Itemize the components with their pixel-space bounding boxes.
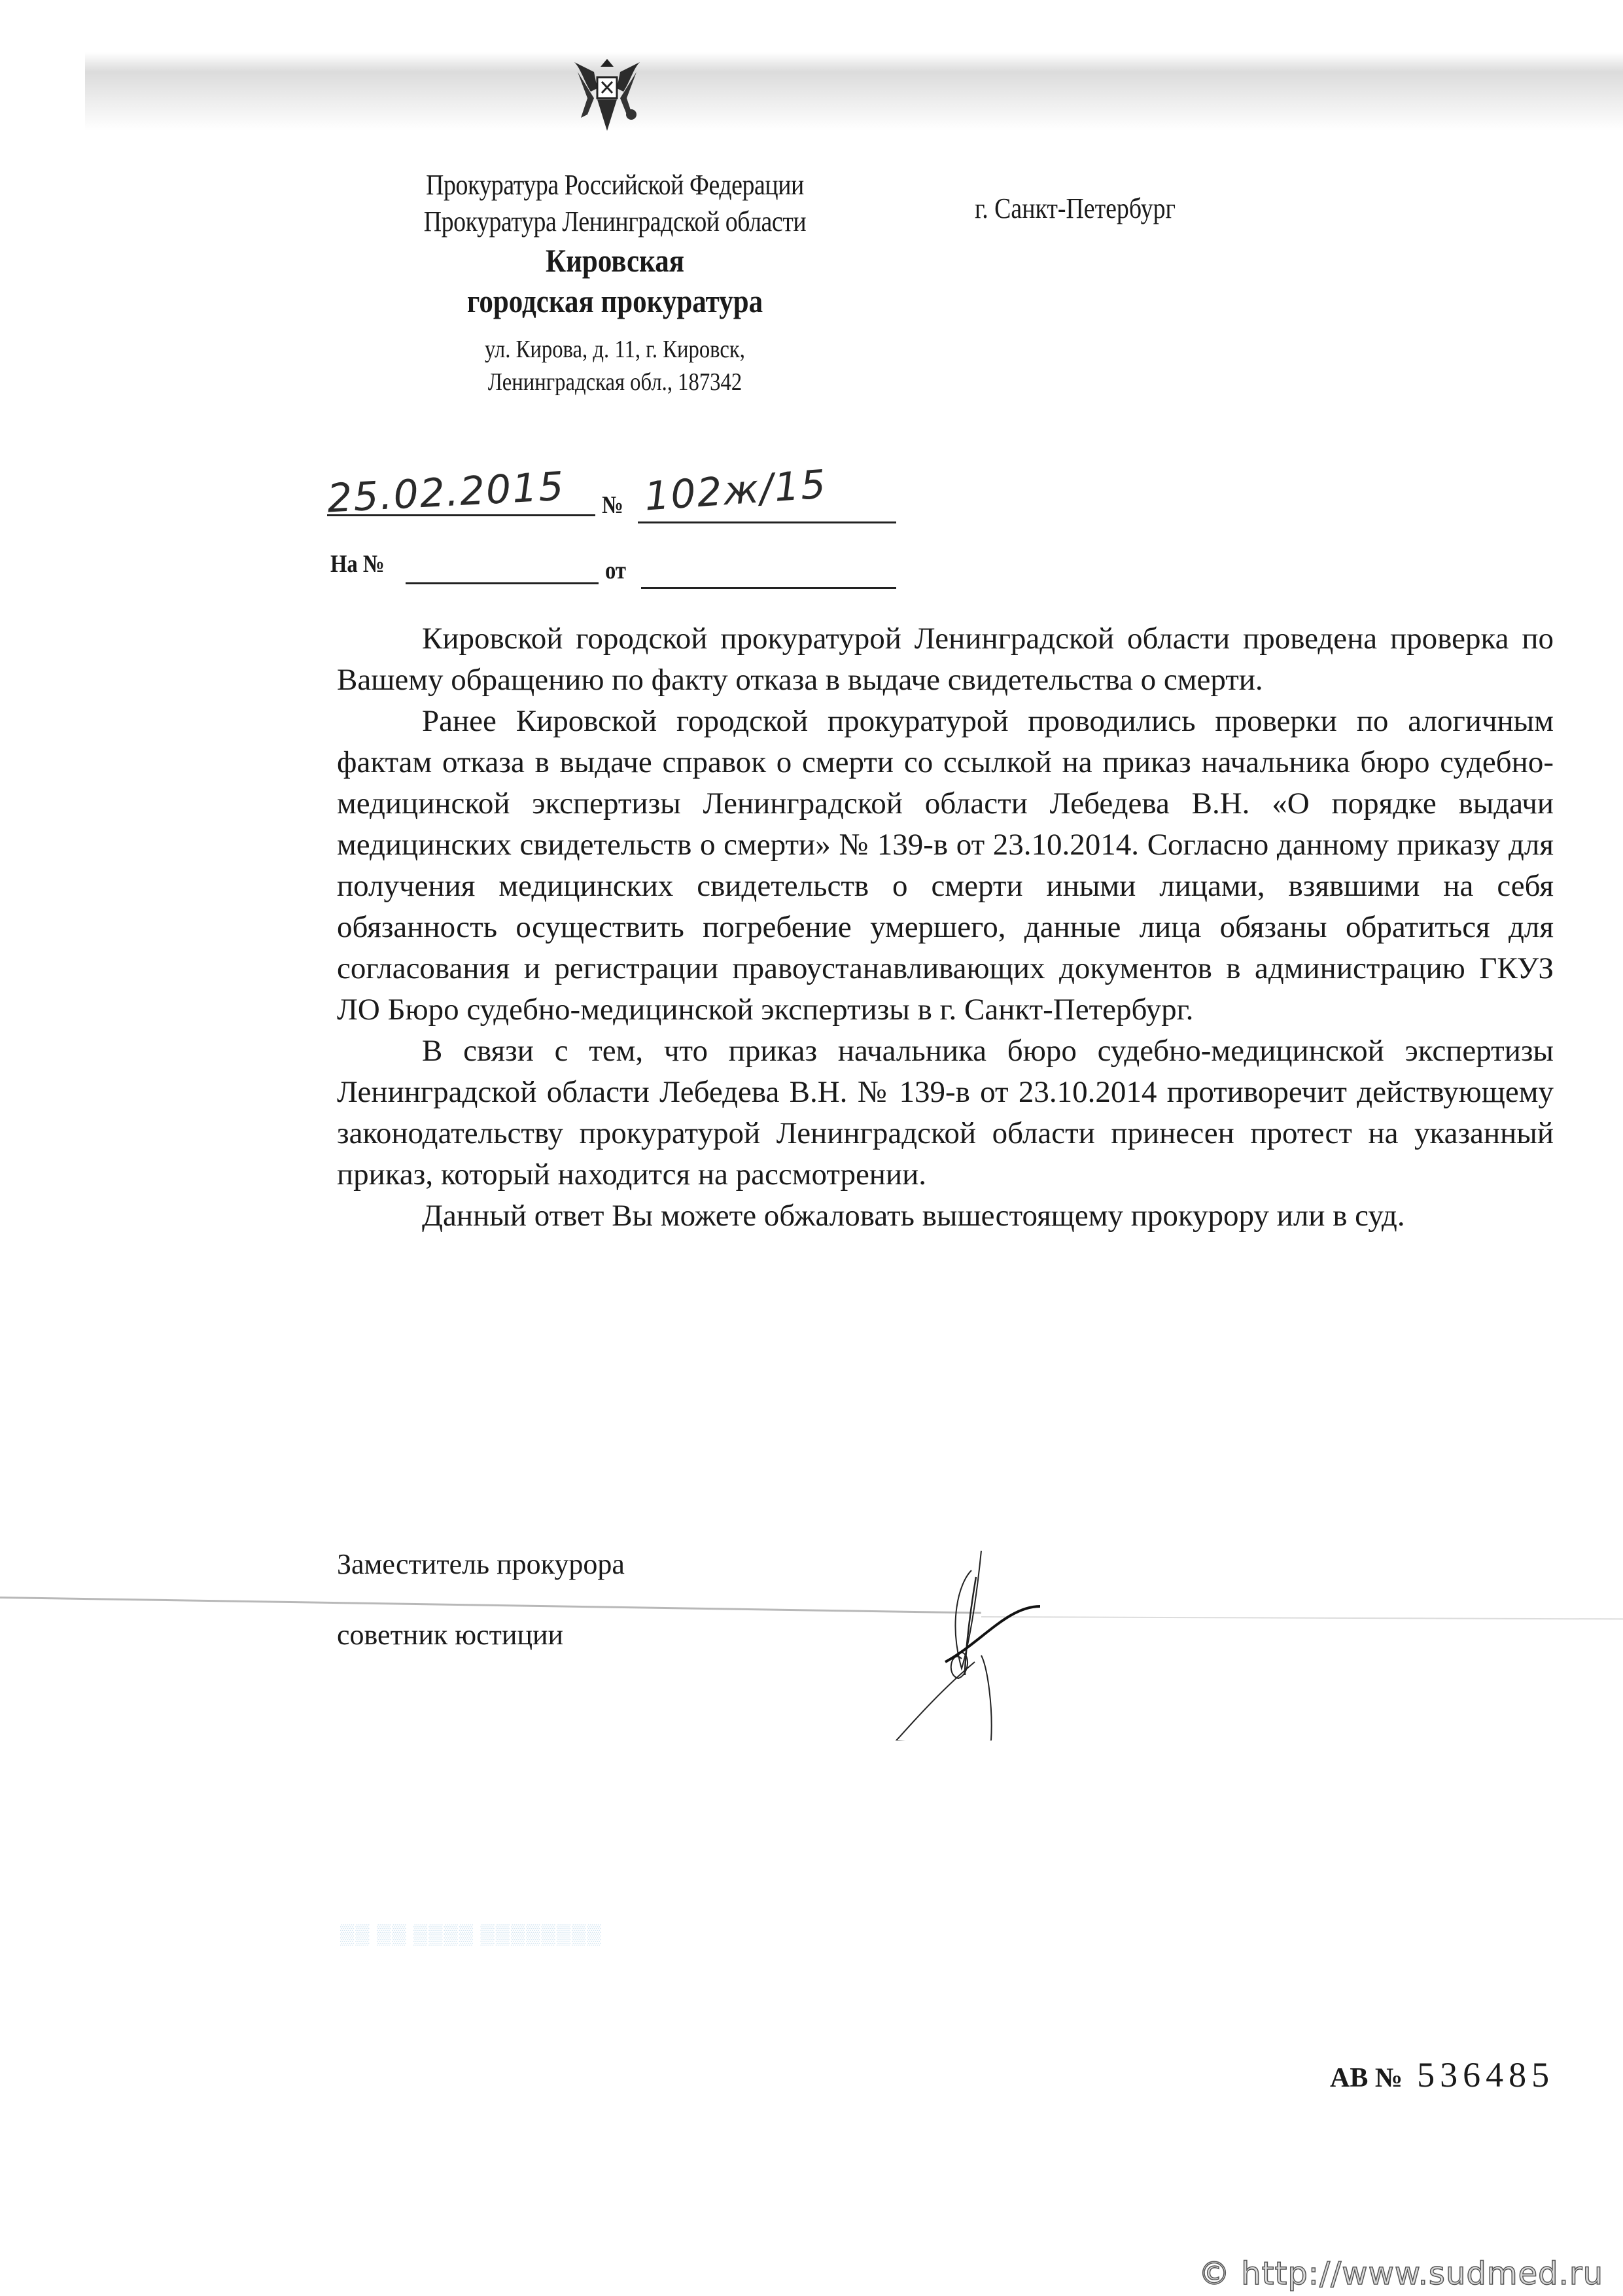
outgoing-date-handwritten: 25.02.2015 — [326, 464, 566, 522]
letterhead: Прокуратура Российской Федерации Прокура… — [307, 167, 922, 398]
signatory-position: Заместитель прокурора — [337, 1545, 625, 1583]
paragraph: Ранее Кировской городской прокуратурой п… — [337, 701, 1554, 1031]
handwritten-signature-icon — [831, 1544, 1106, 1740]
org-name-line-2: городская прокуратура — [351, 281, 879, 321]
date-underline — [327, 514, 595, 516]
paragraph: В связи с тем, что приказ начальника бюр… — [337, 1031, 1554, 1195]
number-label: № — [602, 491, 623, 520]
form-serial-number: АВ № 536485 — [1330, 2055, 1554, 2095]
signature-block: Заместитель прокурора советник юстиции — [337, 1545, 625, 1654]
addressee-city: г. Санкт-Петербург — [975, 192, 1176, 225]
faint-stamp-remnant: ▒▒ ▒▒ ▒▒▒▒ ▒▒▒▒▒▒▒▒ — [340, 1924, 602, 1946]
reply-to-date-field — [641, 587, 896, 589]
address-line-1: ул. Кирова, д. 11, г. Кировск, — [351, 333, 879, 366]
letterhead-line-1: Прокуратура Российской Федерации — [351, 167, 879, 203]
reply-to-label: На № — [330, 550, 385, 578]
serial-prefix: АВ № — [1330, 2063, 1403, 2093]
letterhead-line-2: Прокуратура Ленинградской области — [351, 203, 879, 240]
outgoing-number-handwritten: 102ж/15 — [643, 461, 828, 520]
signatory-rank: советник юстиции — [337, 1616, 625, 1654]
coat-of-arms-icon — [568, 52, 646, 134]
paragraph: Данный ответ Вы можете обжаловать вышест… — [337, 1195, 1554, 1237]
paragraph: Кировской городской прокуратурой Ленингр… — [337, 618, 1554, 701]
reply-to-number-field — [406, 582, 599, 584]
from-label: от — [605, 556, 626, 585]
number-underline — [638, 521, 896, 523]
serial-number: 536485 — [1417, 2055, 1554, 2094]
scan-shadow-band — [85, 52, 1623, 131]
site-watermark: © http://www.sudmed.ru — [1198, 2255, 1603, 2292]
org-name-line-1: Кировская — [351, 240, 879, 281]
letter-body: Кировской городской прокуратурой Ленингр… — [337, 618, 1554, 1237]
address-line-2: Ленинградская обл., 187342 — [351, 366, 879, 398]
